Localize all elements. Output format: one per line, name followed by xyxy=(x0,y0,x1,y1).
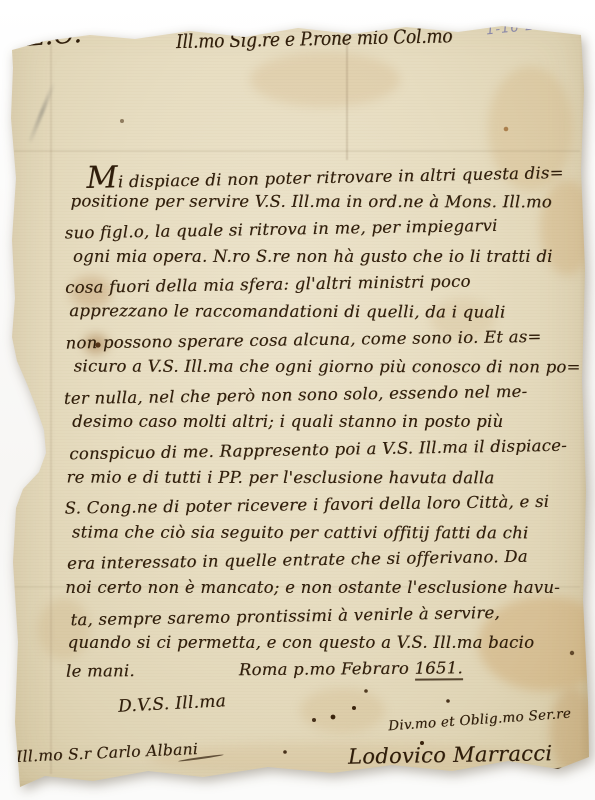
paper-shadow-wrap: L.C. Ill.mo Sig.re e P.rone mio Col.mo 1… xyxy=(0,0,595,800)
right-edge-shading xyxy=(579,0,595,800)
body-line: apprezzano le raccomandationi di quelli,… xyxy=(69,297,577,326)
fold-crease-vertical xyxy=(50,44,52,774)
body-line: S. Cong.ne di poter ricevere i favori de… xyxy=(65,488,579,523)
signature-name: Lodovico Marracci xyxy=(348,741,553,769)
archival-number-pencil: 1-16-251 xyxy=(485,17,553,39)
bottom-edge-shading xyxy=(0,778,595,800)
letter-paper-sheet: L.C. Ill.mo Sig.re e P.rone mio Col.mo 1… xyxy=(0,0,595,800)
letter-body: Mi dispiace di non poter ritrovare in al… xyxy=(64,158,579,658)
foxing-stain xyxy=(300,688,385,733)
addressee-line: Ill.mo S.r Carlo Albani xyxy=(16,740,199,766)
body-line: suo figl.o, la quale si ritrova in me, p… xyxy=(65,211,577,248)
dateline: Roma p.mo Febraro 1651. xyxy=(239,658,463,679)
closing-phrase: le mani. xyxy=(66,661,135,681)
body-line: desimo caso molti altri; i quali stanno … xyxy=(72,408,578,436)
body-line: quando si ci permetta, e con questo a V.… xyxy=(68,629,580,657)
fold-crease-horizontal xyxy=(14,150,580,152)
corner-initials-mark: L.C. xyxy=(25,18,83,53)
compliment-line: Div.mo et Oblig.mo Ser.re xyxy=(387,706,571,735)
foxing-stain xyxy=(250,52,400,107)
manuscript-letter-scan: L.C. Ill.mo Sig.re e P.rone mio Col.mo 1… xyxy=(0,0,595,800)
body-line: noi certo non è mancato; e non ostante l… xyxy=(65,574,579,602)
body-line: era interessato in quelle entrate che si… xyxy=(67,542,579,578)
body-line: non possono sperare cosa alcuna, come so… xyxy=(65,322,577,357)
pencil-smudge xyxy=(28,82,56,143)
body-line: sicuro a V.S. Ill.ma che ogni giorno più… xyxy=(74,353,578,381)
body-line: conspicuo di me. Rappresento poi a V.S. … xyxy=(69,431,578,467)
signature-flourish-tail xyxy=(540,766,574,772)
dateline-place-month: Roma p.mo Febraro xyxy=(239,659,415,680)
closing-and-dateline: le mani. Roma p.mo Febraro 1651. xyxy=(66,658,463,680)
valediction-abbreviation: D.V.S. Ill.ma xyxy=(118,691,227,717)
body-line: re mio e di tutti i PP. per l'esclusione… xyxy=(66,463,578,491)
ink-spatter-specks xyxy=(0,0,2,2)
dateline-year: 1651. xyxy=(414,658,463,680)
salutation-line: Ill.mo Sig.re e P.rone mio Col.mo xyxy=(176,26,416,53)
